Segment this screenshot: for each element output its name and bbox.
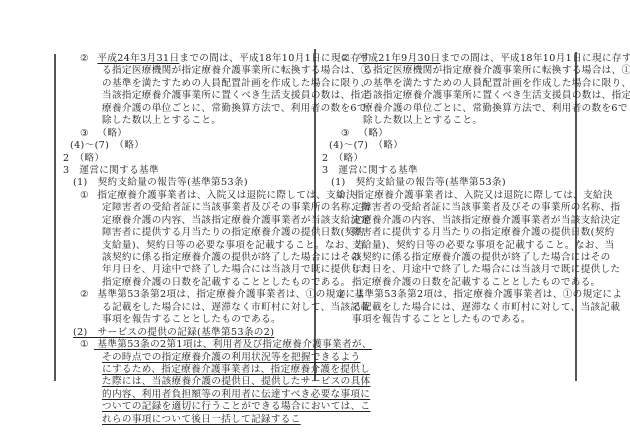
text-line: る指定医療機関が指定療養介護事業所に転換する場合は、① xyxy=(60,65,308,77)
text-line: 支給量)、契約日等の必要な事項を記載すること。なお、当 xyxy=(60,240,308,252)
table-border-left xyxy=(54,54,56,381)
text-line: れらの事項について後日一括して記録するこ xyxy=(60,414,308,426)
item-2: 2 （略） xyxy=(321,153,571,165)
text-line: 療養介護の単位ごとに、常勤換算方法で、利用者の数を6で xyxy=(321,103,571,115)
underlined-date: 平成24年3月31日 xyxy=(97,53,179,64)
text-line: 支給量)、契約日等の必要な事項を記載すること。なお、当 xyxy=(321,240,571,252)
text-line: ついての記録を適切に行うことができる場合においては、こ xyxy=(60,401,308,413)
section-heading-3: 3 運営に関する基準 xyxy=(60,165,308,177)
text-line: 障害者に提供する月当たりの指定療養介護の提供日数(契約 xyxy=(321,227,571,239)
paragraph-3-line: ③ （略） xyxy=(321,128,571,140)
text-line: 定療養介護の内容、当該指定療養介護事業者が当該支給決定 xyxy=(321,215,571,227)
revised-text-column: ② 平成24年3月31日までの間は、平成18年10月1日に現に存す る指定医療機… xyxy=(60,53,308,426)
text-line: の基準を満たすための人員配置計画を作成した場合に限り、 xyxy=(60,78,308,90)
text-line: 指定療養介護の日数を記載することとしたものである。 xyxy=(321,277,571,289)
subsection-heading-3-2: (2) サービスの提供の記録(基準第53条の2) xyxy=(60,327,308,339)
text-line: 事項を報告することとしたものである。 xyxy=(321,314,571,326)
paragraph-2-line: ② 平成24年3月31日までの間は、平成18年10月1日に現に存す xyxy=(60,53,308,65)
current-text-column: ② 平成21年9月30日までの間は、平成18年10月1日に現に存す る指定医療機… xyxy=(321,53,571,327)
text-line: 的内容、利用者負担額等の利用者に伝達すべき必要な事項に xyxy=(60,389,308,401)
text-line: た際には、当該療養介護の提供日、提供したサービスの具体 xyxy=(60,376,308,388)
item-3-1-1-first-line: ① 指定療養介護事業者は、入院又は退院に際しては、支給決 xyxy=(60,190,308,202)
text-line: る記載をした場合には、遅滞なく市町村に対して、当該記載 xyxy=(60,302,308,314)
text-line: 定療養介護の内容、当該指定療養介護事業者が当該支給決定 xyxy=(60,215,308,227)
text-line: 該契約に係る指定療養介護の提供が終了した場合にはその xyxy=(60,252,308,264)
item-3-2-1-first-line: ① 基準第53条の2第1項は、利用者及び指定療養介護事業者が、 xyxy=(60,339,308,351)
text-line: 年月日を、月途中で終了した場合には当該月で既に提供した xyxy=(321,264,571,276)
item-3-1-1-first-line: ① 指定療養介護事業者は、入院又は退院に際しては、支給決 xyxy=(321,190,571,202)
text-line: 当該指定療養介護事業所に置くべき生活支援員の数は、指定 xyxy=(60,90,308,102)
text-line: る記載をした場合には、遅滞なく市町村に対して、当該記載 xyxy=(321,302,571,314)
text-line: 定障害者の受給者証に当該事業者及びその事業所の名称、指 xyxy=(321,202,571,214)
underlined-date: 平成21年9月30日 xyxy=(358,53,440,64)
paragraph-3-line: ③ （略） xyxy=(60,128,308,140)
text-line: 除した数以上とすること。 xyxy=(321,115,571,127)
text-line: る指定医療機関が指定療養介護事業所に転換する場合は、① xyxy=(321,65,571,77)
subsection-heading-3-1: (1) 契約支給量の報告等(基準第53条) xyxy=(60,177,308,189)
item-4-7: (4)～(7) （略） xyxy=(60,140,308,152)
subsection-heading-3-1: (1) 契約支給量の報告等(基準第53条) xyxy=(321,177,571,189)
text-line: にするため、指定療養介護事業者は、指定療養介護を提供し xyxy=(60,364,308,376)
text-line: 事項を報告することとしたものである。 xyxy=(60,314,308,326)
section-heading-3: 3 運営に関する基準 xyxy=(321,165,571,177)
text-line: の基準を満たすための人員配置計画を作成した場合に限り、 xyxy=(321,78,571,90)
text-line: 指定療養介護の日数を記載することとしたものである。 xyxy=(60,277,308,289)
text-line: 該契約に係る指定療養介護の提供が終了した場合にはその xyxy=(321,252,571,264)
text-line: 除した数以上とすること。 xyxy=(60,115,308,127)
text-line: 年月日を、月途中で終了した場合には当該月で既に提供した xyxy=(60,264,308,276)
text-line: 当該指定療養介護事業所に置くべき生活支援員の数は、指定 xyxy=(321,90,571,102)
text-line: 療養介護の単位ごとに、常勤換算方法で、利用者の数を6で xyxy=(60,103,308,115)
item-3-1-2-first-line: ② 基準第53条第2項は、指定療養介護事業者は、①の規定によ xyxy=(60,289,308,301)
text-line: 定障害者の受給者証に当該事業者及びその事業所の名称、指 xyxy=(60,202,308,214)
text-line: その時点での指定療養介護の利用状況等を把握できるよう xyxy=(60,352,308,364)
item-3-1-2-first-line: ② 基準第53条第2項は、指定療養介護事業者は、①の規定によ xyxy=(321,289,571,301)
item-2: 2 （略） xyxy=(60,153,308,165)
item-4-7: (4)～(7) （略） xyxy=(321,140,571,152)
text-line: 障害者に提供する月当たりの指定療養介護の提供日数(契約 xyxy=(60,227,308,239)
paragraph-2-line: ② 平成21年9月30日までの間は、平成18年10月1日に現に存す xyxy=(321,53,571,65)
